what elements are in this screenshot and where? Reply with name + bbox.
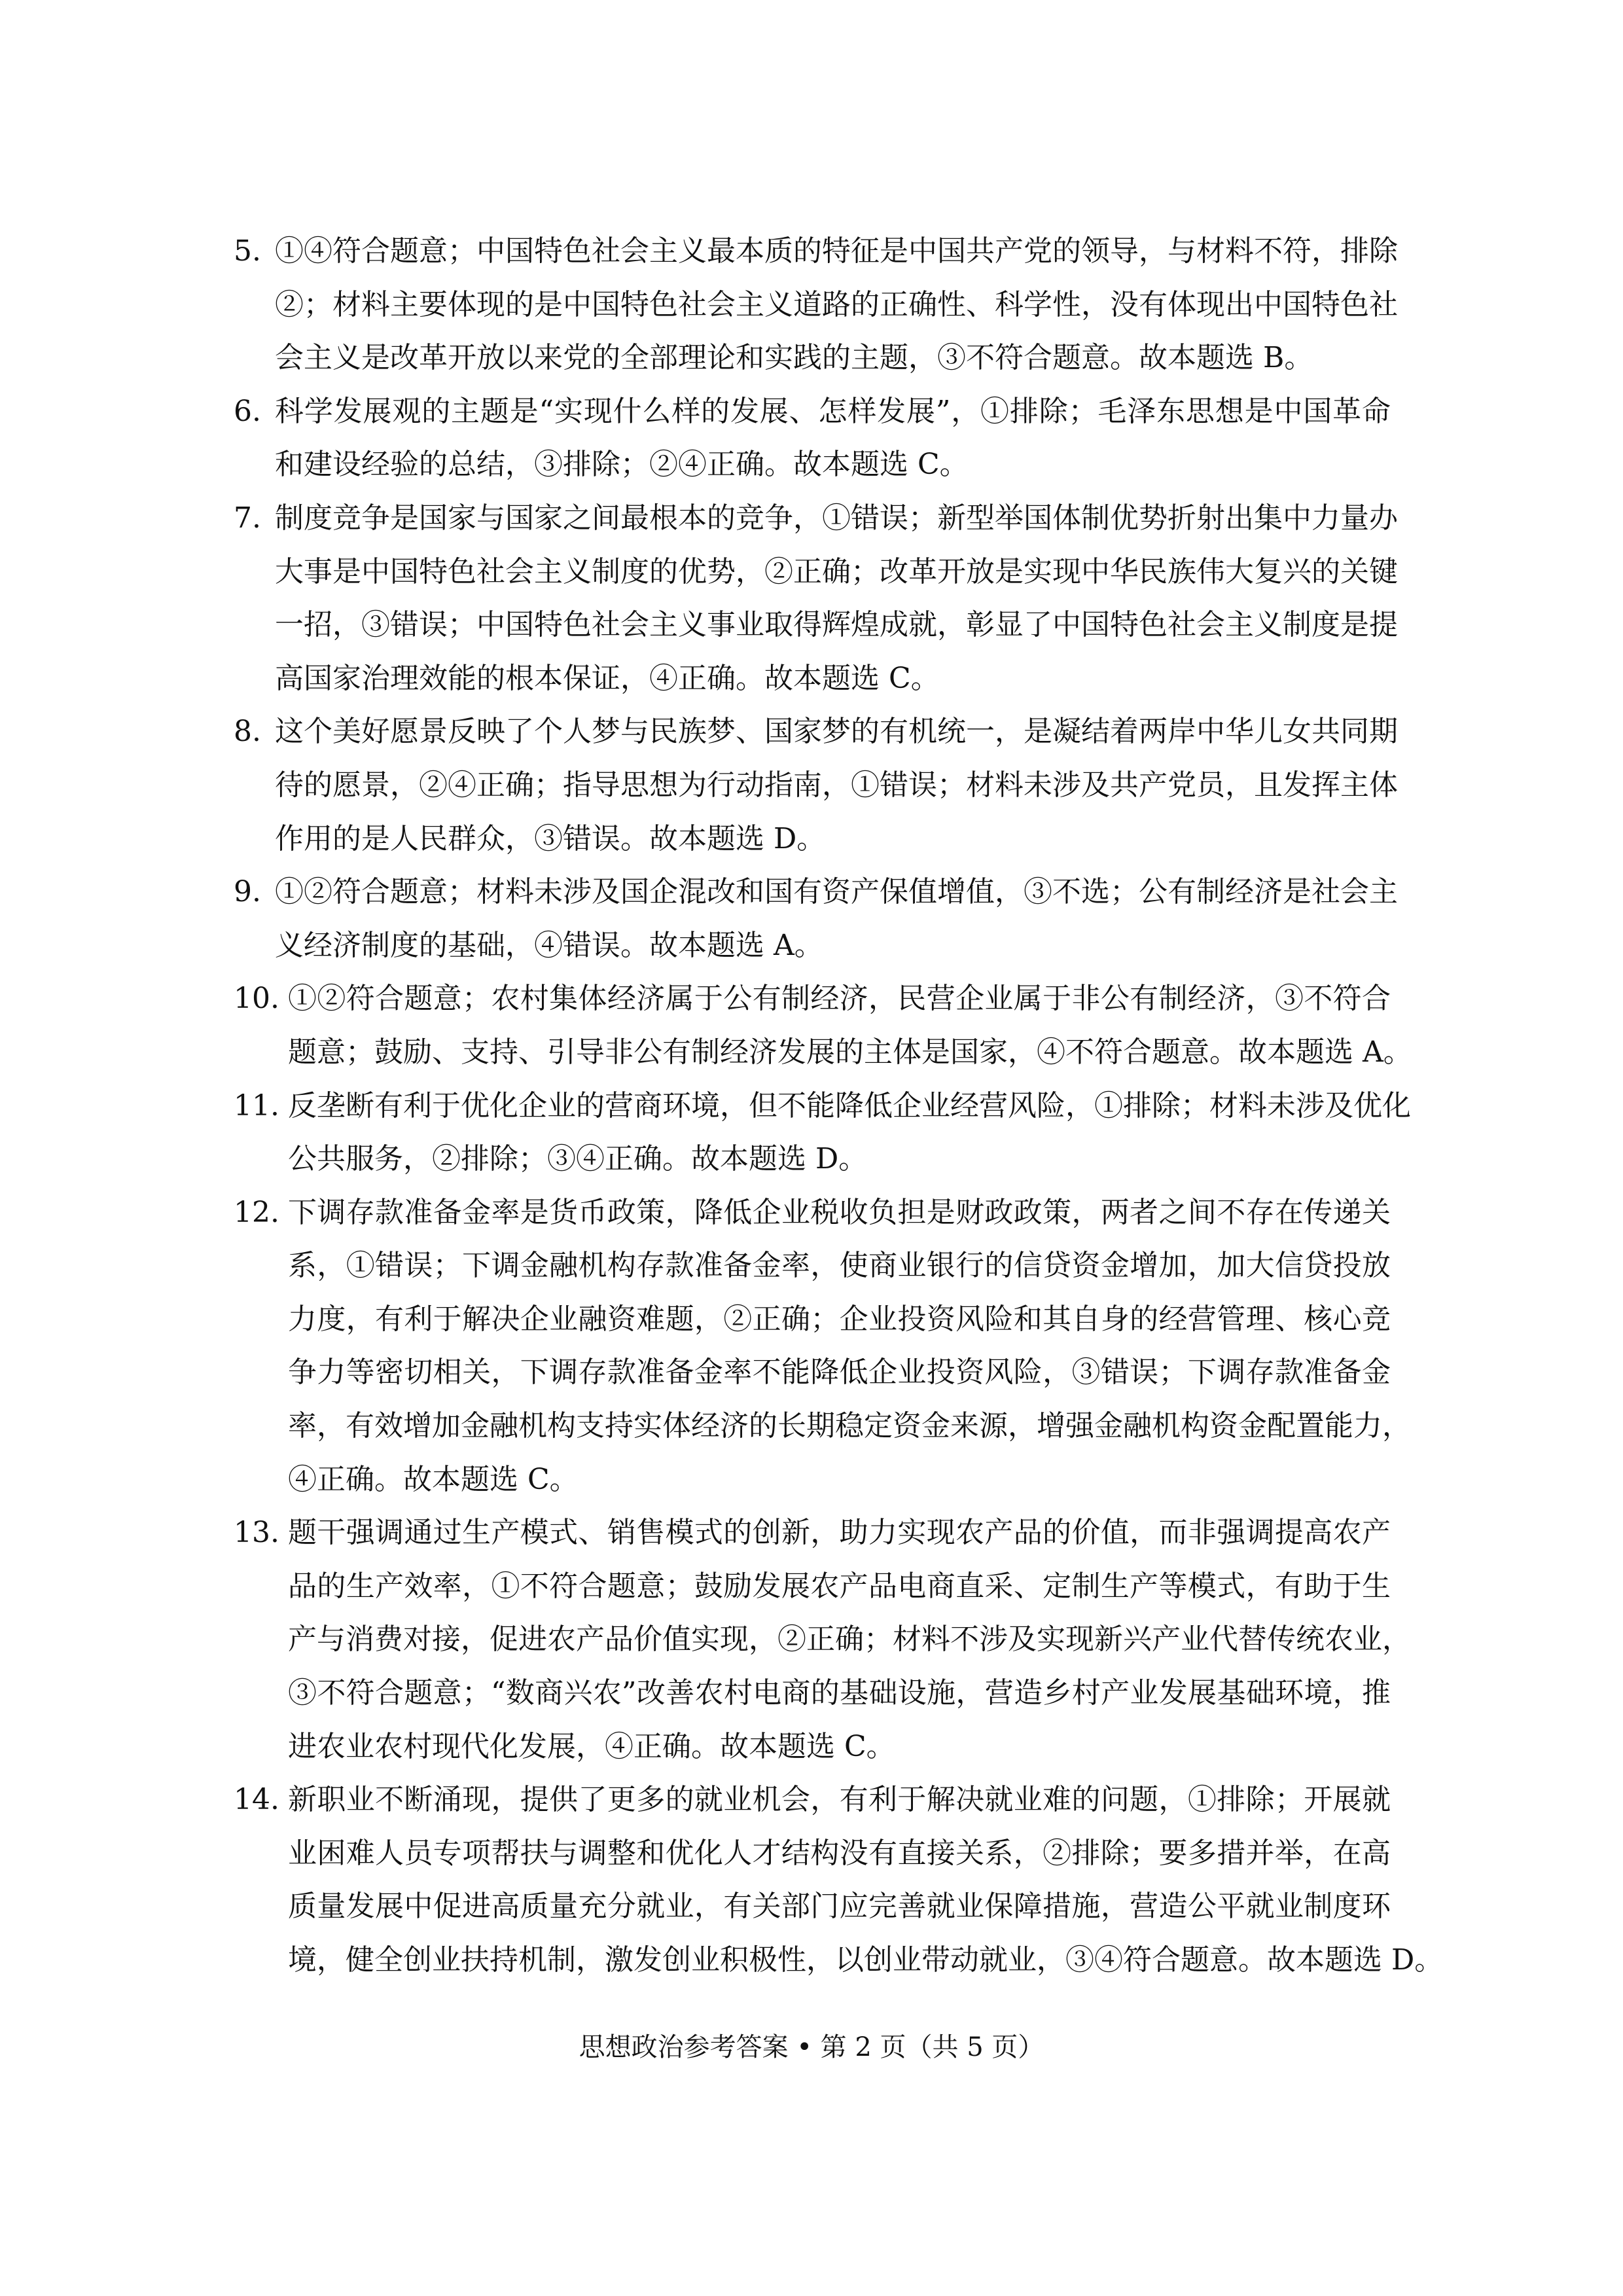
answer-line: 力度，有利于解决企业融资难题，②正确；企业投资风险和其自身的经营管理、核心竞: [234, 1293, 1391, 1346]
answer-text: 题意；鼓励、支持、引导非公有制经济发展的主体是国家，④不符合题意。故本题选 A。: [288, 1026, 1391, 1079]
answer-item: 14.新职业不断涌现，提供了更多的就业机会，有利于解决就业难的问题，①排除；开展…: [234, 1773, 1391, 1986]
answer-text: ④正确。故本题选 C。: [288, 1453, 1391, 1507]
answer-text: 大事是中国特色社会主义制度的优势，②正确；改革开放是实现中华民族伟大复兴的关键: [275, 545, 1391, 599]
answer-text: 义经济制度的基础，④错误。故本题选 A。: [275, 919, 1391, 973]
answer-line: 5.①④符合题意；中国特色社会主义最本质的特征是中国共产党的领导，与材料不符，排…: [234, 224, 1391, 278]
answer-line: 大事是中国特色社会主义制度的优势，②正确；改革开放是实现中华民族伟大复兴的关键: [234, 545, 1391, 599]
answer-text: ②；材料主要体现的是中国特色社会主义道路的正确性、科学性，没有体现出中国特色社: [275, 278, 1391, 332]
answer-text: 作用的是人民群众，③错误。故本题选 D。: [275, 812, 1391, 866]
document-page: 5.①④符合题意；中国特色社会主义最本质的特征是中国共产党的领导，与材料不符，排…: [0, 0, 1623, 2296]
answer-line: 境，健全创业扶持机制，激发创业积极性，以创业带动就业，③④符合题意。故本题选 D…: [234, 1933, 1391, 1987]
answer-line: ③不符合题意；“数商兴农”改善农村电商的基础设施，营造乡村产业发展基础环境，推: [234, 1666, 1391, 1720]
answer-number: 10.: [234, 972, 279, 1026]
answer-text: 业困难人员专项帮扶与调整和优化人才结构没有直接关系，②排除；要多措并举，在高: [288, 1827, 1391, 1880]
answer-text: 质量发展中促进高质量充分就业，有关部门应完善就业保障措施，营造公平就业制度环: [288, 1880, 1391, 1933]
answer-line: 进农业农村现代化发展，④正确。故本题选 C。: [234, 1720, 1391, 1774]
answer-number: 12.: [234, 1186, 279, 1240]
answer-line: 会主义是改革开放以来党的全部理论和实践的主题，③不符合题意。故本题选 B。: [234, 331, 1391, 385]
answer-text: ①②符合题意；农村集体经济属于公有制经济，民营企业属于非公有制经济，③不符合: [288, 972, 1391, 1026]
answer-item: 12.下调存款准备金率是货币政策，降低企业税收负担是财政政策，两者之间不存在传递…: [234, 1186, 1391, 1507]
answer-line: 质量发展中促进高质量充分就业，有关部门应完善就业保障措施，营造公平就业制度环: [234, 1880, 1391, 1933]
answer-item: 13.题干强调通过生产模式、销售模式的创新，助力实现农产品的价值，而非强调提高农…: [234, 1506, 1391, 1773]
answer-text: 这个美好愿景反映了个人梦与民族梦、国家梦的有机统一，是凝结着两岸中华儿女共同期: [275, 705, 1391, 759]
answer-line: 待的愿景，②④正确；指导思想为行动指南，①错误；材料未涉及共产党员，且发挥主体: [234, 759, 1391, 812]
answer-text: 争力等密切相关，下调存款准备金率不能降低企业投资风险，③错误；下调存款准备金: [288, 1346, 1391, 1399]
answer-number: 6.: [234, 385, 261, 439]
answer-text: 进农业农村现代化发展，④正确。故本题选 C。: [288, 1720, 1391, 1774]
answer-line: 高国家治理效能的根本保证，④正确。故本题选 C。: [234, 652, 1391, 706]
answer-line: 争力等密切相关，下调存款准备金率不能降低企业投资风险，③错误；下调存款准备金: [234, 1346, 1391, 1399]
answer-item: 8.这个美好愿景反映了个人梦与民族梦、国家梦的有机统一，是凝结着两岸中华儿女共同…: [234, 705, 1391, 865]
answer-line: ②；材料主要体现的是中国特色社会主义道路的正确性、科学性，没有体现出中国特色社: [234, 278, 1391, 332]
answer-line: 8.这个美好愿景反映了个人梦与民族梦、国家梦的有机统一，是凝结着两岸中华儿女共同…: [234, 705, 1391, 759]
answer-line: 品的生产效率，①不符合题意；鼓励发展农产品电商直采、定制生产等模式，有助于生: [234, 1560, 1391, 1613]
answer-line: ④正确。故本题选 C。: [234, 1453, 1391, 1507]
answer-line: 10.①②符合题意；农村集体经济属于公有制经济，民营企业属于非公有制经济，③不符…: [234, 972, 1391, 1026]
answer-line: 14.新职业不断涌现，提供了更多的就业机会，有利于解决就业难的问题，①排除；开展…: [234, 1773, 1391, 1827]
answer-line: 产与消费对接，促进农产品价值实现，②正确；材料不涉及实现新兴产业代替传统农业，: [234, 1613, 1391, 1666]
answer-text: 科学发展观的主题是“实现什么样的发展、怎样发展”，①排除；毛泽东思想是中国革命: [275, 385, 1391, 439]
answer-text: 高国家治理效能的根本保证，④正确。故本题选 C。: [275, 652, 1391, 706]
page-footer: 思想政治参考答案 • 第 2 页（共 5 页）: [0, 2028, 1623, 2067]
answer-item: 11.反垄断有利于优化企业的营商环境，但不能降低企业经营风险，①排除；材料未涉及…: [234, 1079, 1391, 1186]
answer-line: 义经济制度的基础，④错误。故本题选 A。: [234, 919, 1391, 973]
answer-number: 14.: [234, 1773, 279, 1827]
answer-item: 7.制度竞争是国家与国家之间最根本的竞争，①错误；新型举国体制优势折射出集中力量…: [234, 492, 1391, 705]
answer-text: 下调存款准备金率是货币政策，降低企业税收负担是财政政策，两者之间不存在传递关: [288, 1186, 1391, 1240]
answer-line: 12.下调存款准备金率是货币政策，降低企业税收负担是财政政策，两者之间不存在传递…: [234, 1186, 1391, 1240]
answer-number: 8.: [234, 705, 261, 759]
answer-text: 新职业不断涌现，提供了更多的就业机会，有利于解决就业难的问题，①排除；开展就: [288, 1773, 1391, 1827]
answer-line: 和建设经验的总结，③排除；②④正确。故本题选 C。: [234, 438, 1391, 492]
answer-text: ①④符合题意；中国特色社会主义最本质的特征是中国共产党的领导，与材料不符，排除: [275, 224, 1391, 278]
answer-number: 13.: [234, 1506, 279, 1560]
answer-line: 7.制度竞争是国家与国家之间最根本的竞争，①错误；新型举国体制优势折射出集中力量…: [234, 492, 1391, 545]
answer-line: 作用的是人民群众，③错误。故本题选 D。: [234, 812, 1391, 866]
answer-number: 11.: [234, 1079, 279, 1133]
answer-text: 待的愿景，②④正确；指导思想为行动指南，①错误；材料未涉及共产党员，且发挥主体: [275, 759, 1391, 812]
answer-line: 系，①错误；下调金融机构存款准备金率，使商业银行的信贷资金增加，加大信贷投放: [234, 1239, 1391, 1293]
answer-text: 一招，③错误；中国特色社会主义事业取得辉煌成就，彰显了中国特色社会主义制度是提: [275, 598, 1391, 652]
answer-text: 制度竞争是国家与国家之间最根本的竞争，①错误；新型举国体制优势折射出集中力量办: [275, 492, 1391, 545]
answer-line: 11.反垄断有利于优化企业的营商环境，但不能降低企业经营风险，①排除；材料未涉及…: [234, 1079, 1391, 1133]
answer-line: 率，有效增加金融机构支持实体经济的长期稳定资金来源，增强金融机构资金配置能力，: [234, 1399, 1391, 1453]
answer-item: 6.科学发展观的主题是“实现什么样的发展、怎样发展”，①排除；毛泽东思想是中国革…: [234, 385, 1391, 492]
answer-number: 9.: [234, 865, 261, 919]
answer-line: 一招，③错误；中国特色社会主义事业取得辉煌成就，彰显了中国特色社会主义制度是提: [234, 598, 1391, 652]
answer-text: 系，①错误；下调金融机构存款准备金率，使商业银行的信贷资金增加，加大信贷投放: [288, 1239, 1391, 1293]
answer-text: 产与消费对接，促进农产品价值实现，②正确；材料不涉及实现新兴产业代替传统农业，: [288, 1613, 1391, 1666]
answer-line: 9.①②符合题意；材料未涉及国企混改和国有资产保值增值，③不选；公有制经济是社会…: [234, 865, 1391, 919]
answer-text: 力度，有利于解决企业融资难题，②正确；企业投资风险和其自身的经营管理、核心竞: [288, 1293, 1391, 1346]
answer-line: 业困难人员专项帮扶与调整和优化人才结构没有直接关系，②排除；要多措并举，在高: [234, 1827, 1391, 1880]
answer-line: 6.科学发展观的主题是“实现什么样的发展、怎样发展”，①排除；毛泽东思想是中国革…: [234, 385, 1391, 439]
answer-text: 会主义是改革开放以来党的全部理论和实践的主题，③不符合题意。故本题选 B。: [275, 331, 1391, 385]
answer-item: 10.①②符合题意；农村集体经济属于公有制经济，民营企业属于非公有制经济，③不符…: [234, 972, 1391, 1079]
answer-text: ①②符合题意；材料未涉及国企混改和国有资产保值增值，③不选；公有制经济是社会主: [275, 865, 1391, 919]
answer-text: 公共服务，②排除；③④正确。故本题选 D。: [288, 1132, 1391, 1186]
answer-text: 和建设经验的总结，③排除；②④正确。故本题选 C。: [275, 438, 1391, 492]
answer-text: 题干强调通过生产模式、销售模式的创新，助力实现农产品的价值，而非强调提高农产: [288, 1506, 1391, 1560]
answer-text: 反垄断有利于优化企业的营商环境，但不能降低企业经营风险，①排除；材料未涉及优化: [288, 1079, 1391, 1133]
answer-list: 5.①④符合题意；中国特色社会主义最本质的特征是中国共产党的领导，与材料不符，排…: [234, 224, 1391, 1987]
answer-item: 9.①②符合题意；材料未涉及国企混改和国有资产保值增值，③不选；公有制经济是社会…: [234, 865, 1391, 972]
answer-text: 率，有效增加金融机构支持实体经济的长期稳定资金来源，增强金融机构资金配置能力，: [288, 1399, 1391, 1453]
answer-text: ③不符合题意；“数商兴农”改善农村电商的基础设施，营造乡村产业发展基础环境，推: [288, 1666, 1391, 1720]
answer-line: 13.题干强调通过生产模式、销售模式的创新，助力实现农产品的价值，而非强调提高农…: [234, 1506, 1391, 1560]
answer-line: 公共服务，②排除；③④正确。故本题选 D。: [234, 1132, 1391, 1186]
answer-text: 品的生产效率，①不符合题意；鼓励发展农产品电商直采、定制生产等模式，有助于生: [288, 1560, 1391, 1613]
answer-number: 7.: [234, 492, 261, 545]
answer-text: 境，健全创业扶持机制，激发创业积极性，以创业带动就业，③④符合题意。故本题选 D…: [288, 1933, 1391, 1987]
answer-item: 5.①④符合题意；中国特色社会主义最本质的特征是中国共产党的领导，与材料不符，排…: [234, 224, 1391, 385]
answer-line: 题意；鼓励、支持、引导非公有制经济发展的主体是国家，④不符合题意。故本题选 A。: [234, 1026, 1391, 1079]
answer-number: 5.: [234, 224, 261, 278]
